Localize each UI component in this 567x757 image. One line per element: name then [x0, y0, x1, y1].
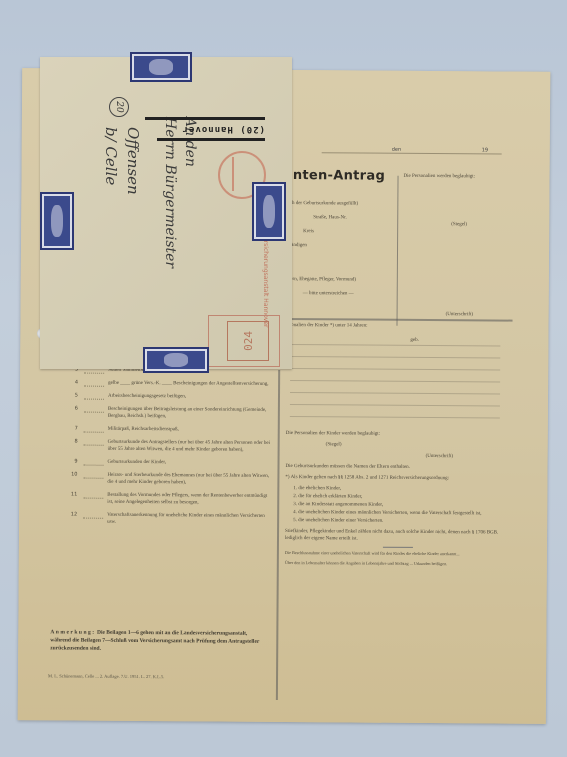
date-label-year: 19	[482, 147, 488, 153]
list-item: 7Militärpaß, Reichsarbeitsdienstpaß,	[50, 425, 275, 434]
kinder-item: 5. die unehelichen Kinder einer Versiche…	[285, 517, 510, 526]
field-label: (Eltern, Ehegatte, Pfleger, Vormund)	[283, 276, 393, 285]
postage-stamp-middle	[252, 182, 286, 241]
field-label: Straße, Haus-Nr.	[283, 214, 393, 223]
form-title: …nten-Antrag	[279, 168, 385, 184]
section-divider	[283, 318, 513, 322]
date-label-den: den	[392, 147, 401, 153]
field-label: zuständigen	[283, 242, 393, 251]
applicant-fields: (nach der Geburtsurkunde ausgefüllt) Str…	[283, 200, 394, 305]
stiefkinder-note: Stiefkinder, Pflegekinder und Enkel zähl…	[285, 528, 510, 544]
anmerkung: Anmerkung: Die Beilagen 1—6 gehen mit an…	[50, 628, 265, 654]
circled-number: 20	[109, 97, 129, 117]
field-label: (nach der Geburtsurkunde ausgefüllt)	[283, 200, 393, 209]
geb-label: geb.	[410, 337, 419, 345]
list-item: 8Geburtsurkunde des Antragstellers (nur …	[50, 438, 275, 454]
list-item: 6Bescheinigungen über Beitragsleistung a…	[50, 405, 275, 421]
date-line: den 19	[382, 147, 502, 148]
list-item: 12Vaterschaftsanerkennung für uneheliche…	[49, 511, 274, 527]
geburtsurkunden-note: Die Geburtsurkunden müssen die Namen der…	[285, 463, 510, 472]
column-divider	[276, 370, 280, 700]
kinder-header: Personalien der Kinder *) unter 14 Jahre…	[282, 322, 512, 332]
list-item: 9Geburtsurkunden der Kinder,	[50, 458, 275, 467]
handwriting-place: Offensenb/ Celle	[100, 127, 144, 195]
kinder-beglaubigt: Die Personalien der Kinder werden beglau…	[286, 430, 511, 439]
kinder-siegel: (Siegel)	[286, 441, 511, 450]
unterschrift-label: (Unterschrift)	[446, 311, 474, 319]
postage-stamp-bottom	[143, 347, 209, 373]
kinder-unterschrift: (Unterschrift)	[286, 452, 511, 461]
siegel-label: (Siegel)	[451, 221, 467, 229]
list-item: 4gelbe ____ grüne Vers.-K. ____ Beschein…	[50, 379, 275, 388]
list-item: 5Arbeitsbescheinigungsgesetz beifügen,	[50, 392, 275, 401]
field-label: Kreis	[283, 228, 393, 237]
beilagen-list: 3Sütterl Sammelbescheinigung 4gelbe ____…	[49, 366, 275, 533]
right-column-notes: Die Personalien der Kinder werden beglau…	[285, 430, 511, 571]
small-print: Über den in Lebensalter können die Angab…	[285, 560, 510, 567]
right-box-divider	[396, 176, 398, 326]
personalien-beglaubigt: Die Personalien werden beglaubigt:	[404, 173, 504, 182]
postage-stamp-top	[130, 52, 192, 82]
anmerkung-label: Anmerkung:	[50, 629, 95, 635]
meter-stamp: 024	[208, 315, 280, 367]
list-item: 11Bestallung des Vormundes oder Pflegers…	[49, 491, 274, 507]
printer-imprint: M. L. Schünemann, Celle ... 2. Auflage. …	[48, 673, 164, 679]
field-label: — bitte unterstreichen —	[283, 290, 393, 299]
footnote-intro: *) Als Kinder gelten nach §§ 1258 Abs. 2…	[285, 474, 510, 483]
small-print: Die Beschlussnahme einer unehelichen Vat…	[285, 550, 510, 557]
postage-stamp-left	[40, 192, 74, 250]
list-item: 10Heirats- und Sterbeurkunde des Ehemann…	[49, 471, 274, 487]
cancel-stamp: (20) Hannover	[145, 97, 265, 145]
